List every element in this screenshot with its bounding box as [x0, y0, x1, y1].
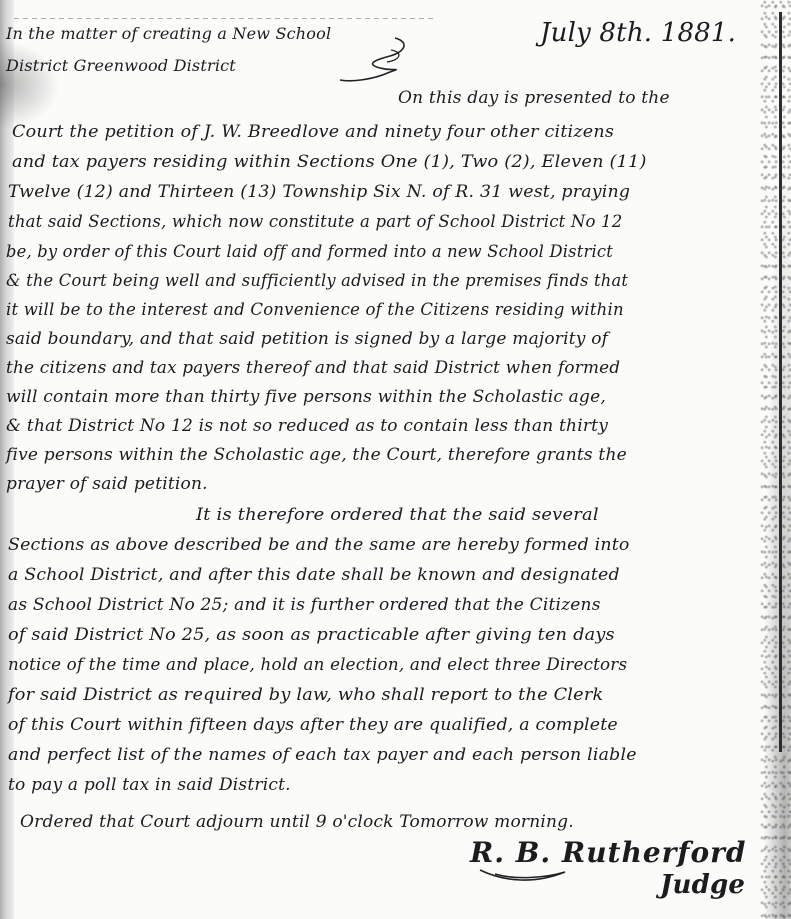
- body-line: that said Sections, which now constitute…: [8, 212, 622, 232]
- body-line: said boundary, and that said petition is…: [6, 329, 608, 349]
- body-line: prayer of said petition.: [6, 474, 208, 494]
- body-line: It is therefore ordered that the said se…: [196, 505, 599, 525]
- body-line: Twelve (12) and Thirteen (13) Township S…: [8, 182, 630, 202]
- body-line: of said District No 25, as soon as pract…: [8, 625, 615, 645]
- body-line: it will be to the interest and Convenien…: [6, 300, 624, 320]
- body-line: and tax payers residing within Sections …: [12, 152, 647, 172]
- body-line: of this Court within fifteen days after …: [8, 715, 618, 735]
- page-edge-speckle: [760, 0, 791, 919]
- top-dotted-rule: [14, 18, 434, 19]
- body-line: Court the petition of J. W. Breedlove an…: [12, 122, 614, 142]
- body-line: to pay a poll tax in said District.: [8, 775, 291, 795]
- body-line: as School District No 25; and it is furt…: [8, 595, 601, 615]
- signature-flourish-icon: [475, 858, 595, 888]
- body-line: Sections as above described be and the s…: [8, 535, 630, 555]
- body-line: a School District, and after this date s…: [8, 565, 620, 585]
- heading-line-1: In the matter of creating a New School: [6, 24, 331, 43]
- body-line: be, by order of this Court laid off and …: [6, 242, 613, 262]
- document-date: July 8th. 1881.: [540, 18, 736, 48]
- body-line: five persons within the Scholastic age, …: [6, 445, 627, 465]
- body-line: and perfect list of the names of each ta…: [8, 745, 637, 765]
- heading-line-2: District Greenwood District: [6, 56, 236, 75]
- closing-order: Ordered that Court adjourn until 9 o'clo…: [20, 812, 574, 832]
- body-line: the citizens and tax payers thereof and …: [6, 358, 620, 378]
- heading-flourish-icon: [335, 30, 415, 90]
- body-line: for said District as required by law, wh…: [8, 685, 603, 705]
- signature-title: Judge: [660, 870, 745, 900]
- body-line: & that District No 12 is not so reduced …: [6, 416, 608, 436]
- body-line: will contain more than thirty five perso…: [6, 387, 606, 407]
- body-line: notice of the time and place, hold an el…: [8, 655, 627, 675]
- body-line: & the Court being well and sufficiently …: [6, 271, 628, 291]
- body-line: On this day is presented to the: [398, 88, 670, 108]
- ink-smudge: [0, 40, 60, 130]
- document-page: In the matter of creating a New School D…: [0, 0, 791, 919]
